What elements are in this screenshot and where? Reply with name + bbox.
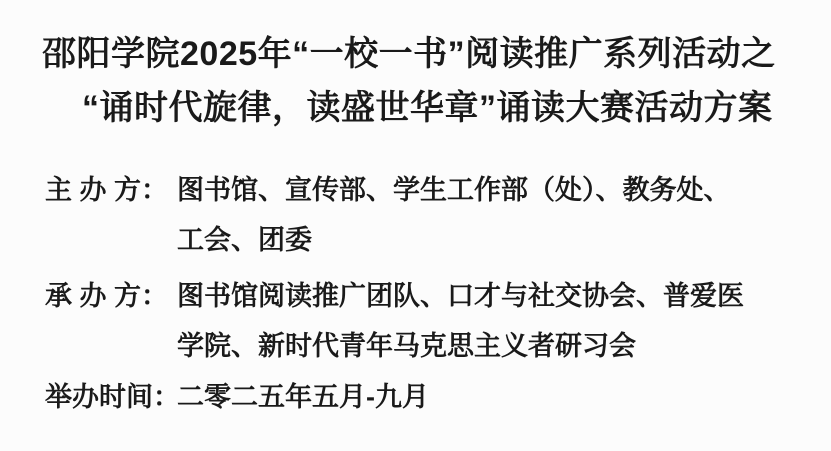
document-page: 邵阳学院2025年“一校一书”阅读推广系列活动之 “诵时代旋律，读盛世华章”诵读… — [0, 0, 831, 451]
document-title-line2: “诵时代旋律，读盛世华章”诵读大赛活动方案 — [82, 91, 773, 125]
info-row-organizer: 主 办 方： 图书馆、宣传部、学生工作部（处）、教务处、 工会、团委 — [45, 165, 805, 265]
info-row-event-time: 举办时间： 二零二五年五月-九月 — [45, 372, 805, 422]
co-organizer-label: 承 办 方： — [45, 271, 177, 321]
info-block: 主 办 方： 图书馆、宣传部、学生工作部（处）、教务处、 工会、团委 承 办 方… — [45, 165, 805, 422]
event-time-value: 二零二五年五月-九月 — [177, 372, 429, 422]
document-title-line1: 邵阳学院2025年“一校一书”阅读推广系列活动之 — [42, 37, 776, 71]
info-row-co-organizer: 承 办 方： 图书馆阅读推广团队、口才与社交协会、普爱医 学院、新时代青年马克思… — [45, 271, 805, 371]
organizer-label: 主 办 方： — [45, 165, 177, 215]
co-organizer-value: 图书馆阅读推广团队、口才与社交协会、普爱医 学院、新时代青年马克思主义者研习会 — [177, 271, 744, 371]
organizer-value: 图书馆、宣传部、学生工作部（处）、教务处、 工会、团委 — [177, 165, 731, 265]
event-time-label: 举办时间： — [45, 372, 177, 422]
